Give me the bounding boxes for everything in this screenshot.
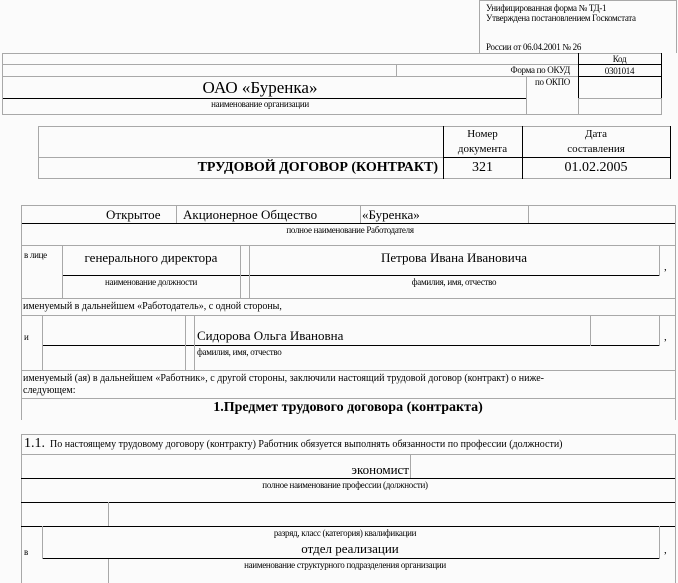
form-approved-label: Утверждена постановлением Госкомстата bbox=[486, 14, 636, 23]
document-title: ТРУДОВОЙ ДОГОВОР (КОНТРАКТ) bbox=[100, 161, 438, 175]
document-number: 321 bbox=[443, 161, 522, 175]
and-label: и bbox=[24, 333, 29, 342]
organization-caption: наименование организации bbox=[160, 100, 360, 109]
employer-name-caption: полное наименование Работодателя bbox=[200, 226, 500, 235]
section1-heading: 1.Предмет трудового договора (контракта) bbox=[21, 401, 675, 415]
employer-hereinafter: именуемый в дальнейшем «Работодатель», с… bbox=[23, 302, 282, 312]
code-header: Код bbox=[578, 55, 661, 64]
in-person-label: в лице bbox=[24, 251, 47, 260]
number-header-line2: документа bbox=[443, 144, 522, 155]
employer-name-part-2: Акционерное Общество bbox=[183, 208, 317, 221]
employee-comma: , bbox=[664, 332, 667, 343]
date-header-line2: составления bbox=[522, 144, 670, 155]
profession-value: экономист bbox=[200, 463, 409, 476]
employer-position: генерального директора bbox=[62, 251, 240, 264]
in-department-label: в bbox=[24, 548, 28, 557]
employer-representative: Петрова Ивана Ивановича bbox=[249, 251, 659, 264]
document-date: 01.02.2005 bbox=[522, 161, 670, 175]
employer-name-part-3: «Буренка» bbox=[362, 208, 420, 221]
department-caption: наименование структурного подразделения … bbox=[150, 561, 540, 570]
number-header-line1: Номер bbox=[443, 129, 522, 140]
employer-name-part-1: Открытое bbox=[106, 208, 161, 221]
clause-number: 1.1. bbox=[24, 437, 45, 451]
clause-text: По настоящему трудовому договору (контра… bbox=[50, 440, 563, 450]
profession-caption: полное наименование профессии (должности… bbox=[150, 481, 540, 490]
form-unified-label: Унифицированная форма № ТД-1 bbox=[486, 4, 606, 13]
organization-name: ОАО «Буренка» bbox=[140, 79, 380, 96]
position-caption: наименование должности bbox=[62, 278, 240, 287]
okud-label: Форма по ОКУД bbox=[420, 66, 570, 75]
employer-comma: , bbox=[664, 262, 667, 273]
employee-hereinafter-line1: именуемый (ая) в дальнейшем «Работник», … bbox=[23, 374, 544, 384]
representative-caption: фамилия, имя, отчество bbox=[249, 278, 659, 287]
okpo-label: по ОКПО bbox=[500, 78, 570, 87]
qualification-caption: разряд, класс (категория) квалификации bbox=[150, 529, 540, 538]
department-comma: , bbox=[664, 545, 667, 556]
date-header-line1: Дата bbox=[522, 129, 670, 140]
form-decree-label: России от 06.04.2001 № 26 bbox=[486, 43, 581, 52]
employee-hereinafter-line2: следующем: bbox=[23, 386, 76, 396]
employee-name: Сидорова Ольга Ивановна bbox=[197, 329, 343, 342]
employee-name-caption: фамилия, имя, отчество bbox=[197, 348, 282, 357]
department-value: отдел реализации bbox=[180, 542, 520, 555]
okud-value: 0301014 bbox=[578, 67, 661, 76]
